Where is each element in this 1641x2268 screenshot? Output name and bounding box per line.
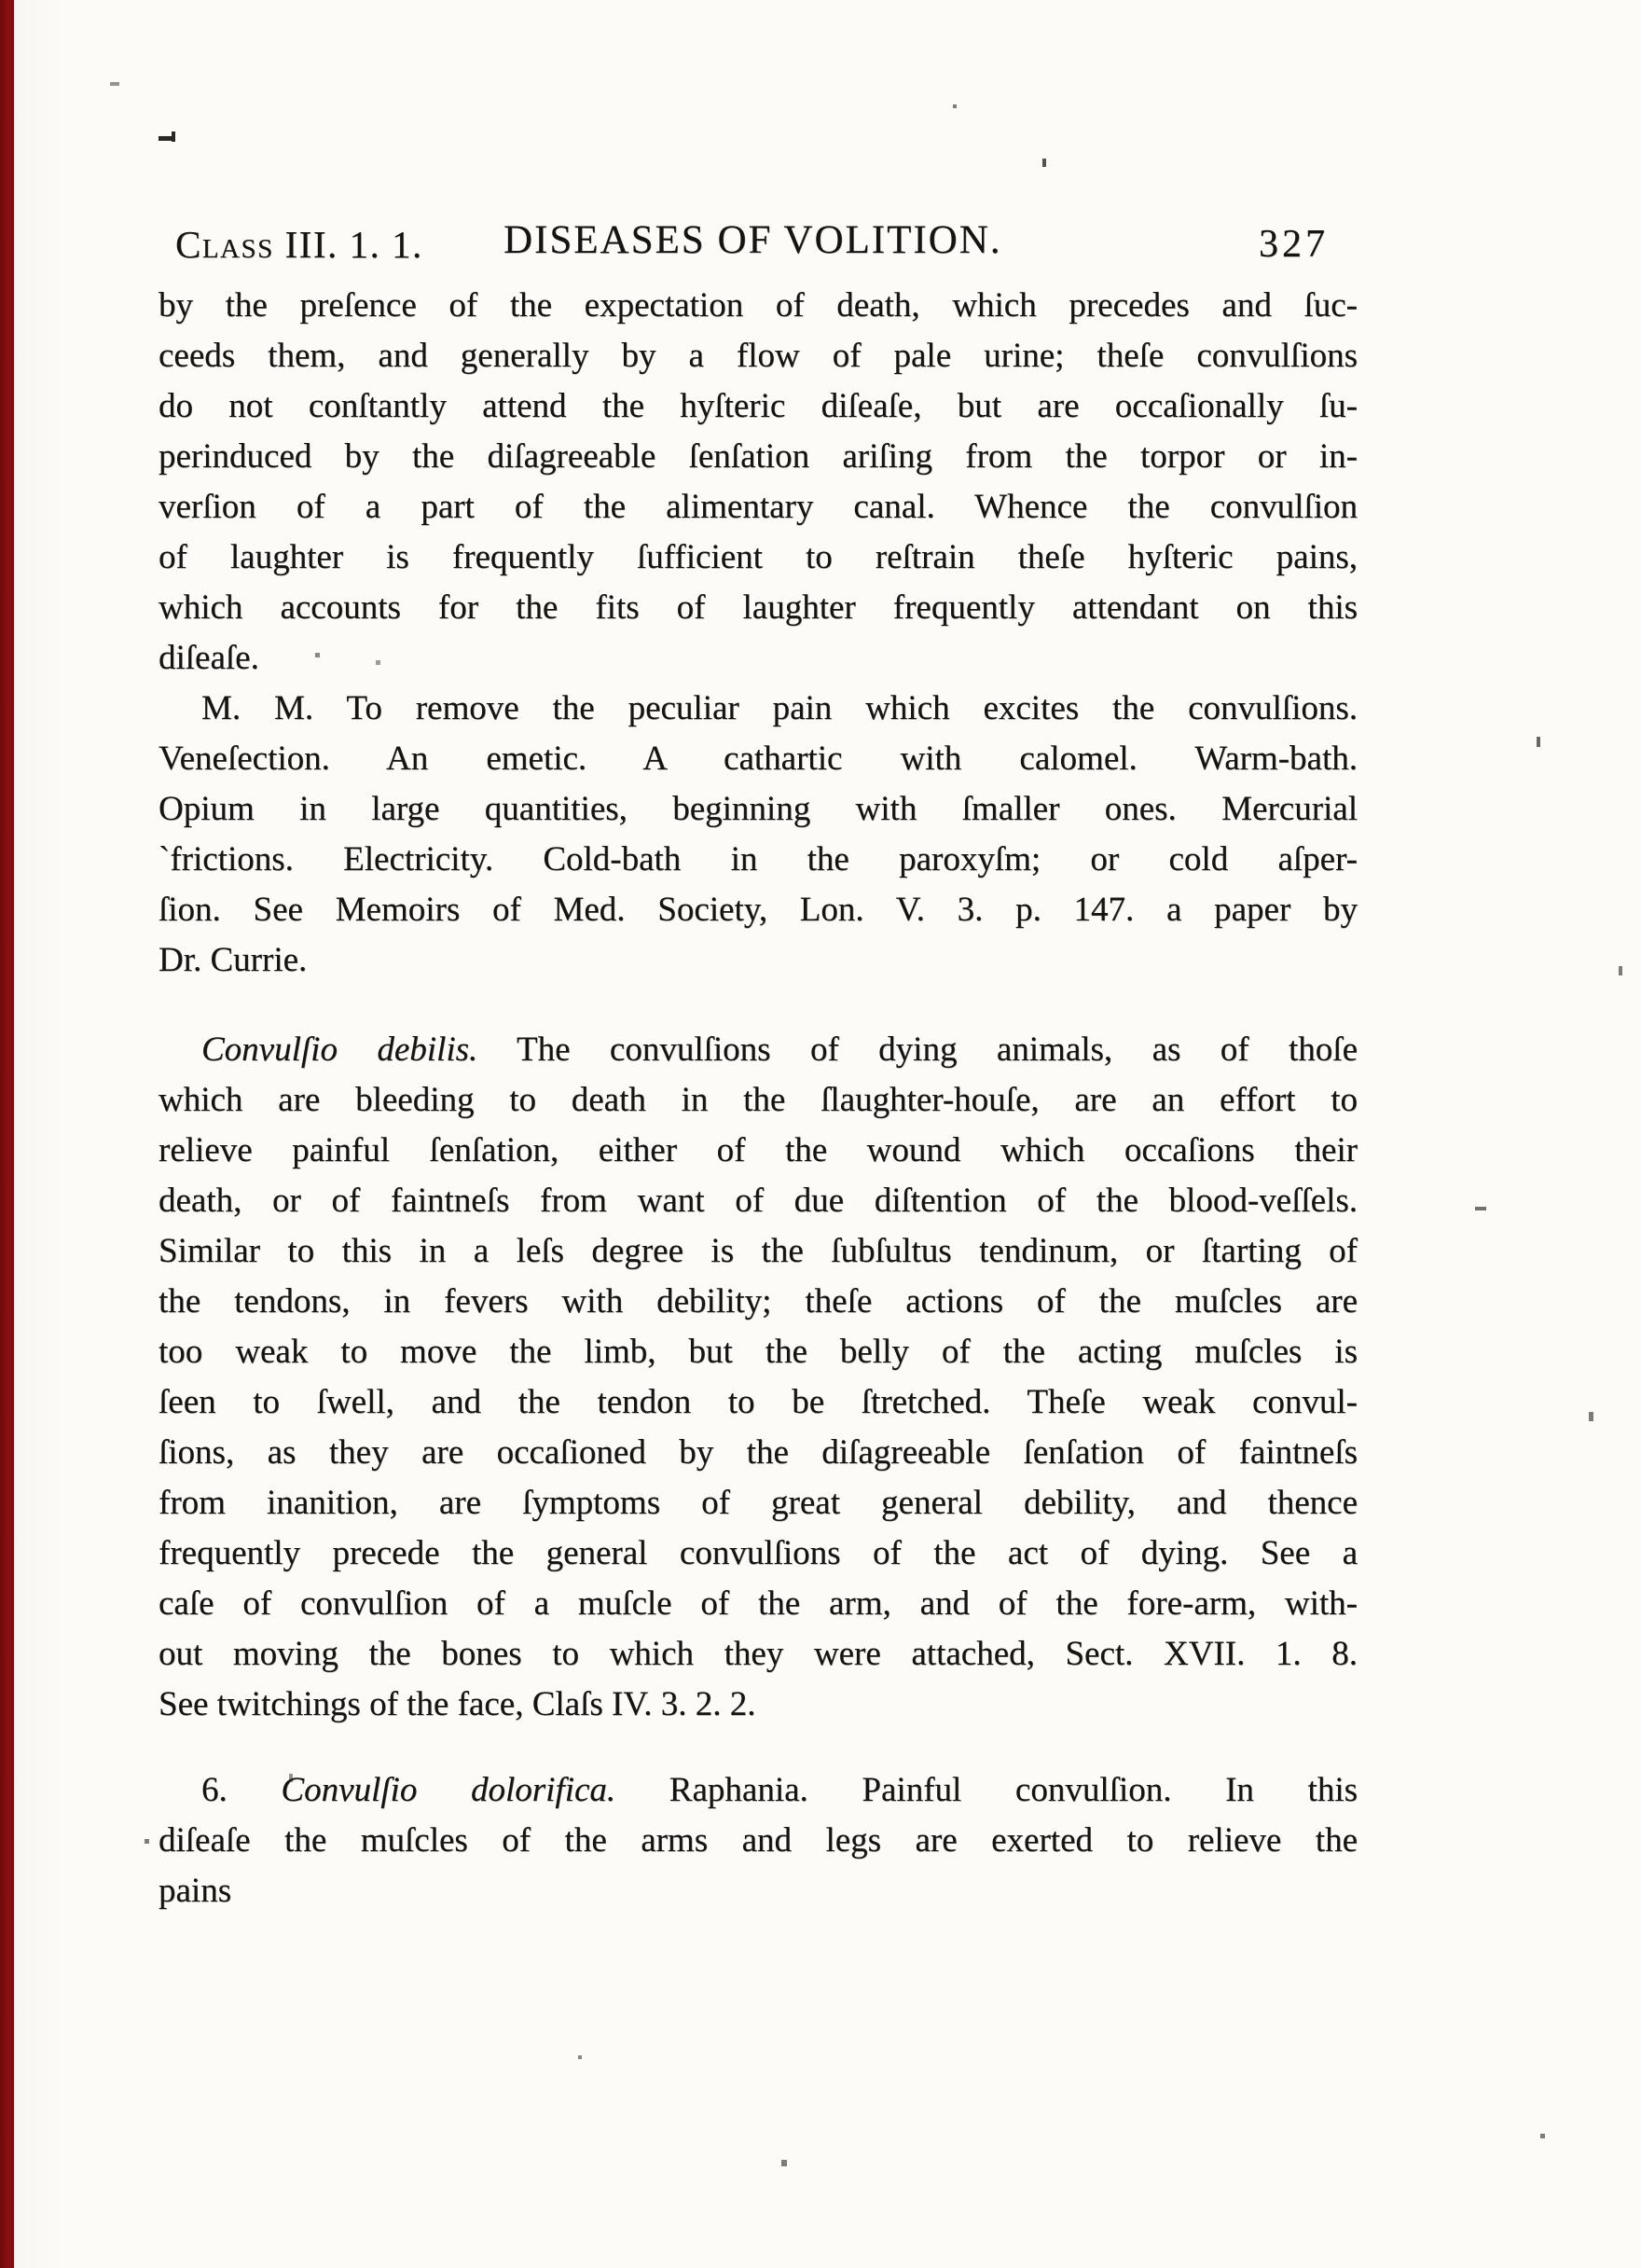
- text-line: Dr. Currie.: [159, 935, 1358, 986]
- species-name-italic: Convulſio dolorifica.: [281, 1771, 615, 1809]
- text-line: ſions, as they are occaſioned by the diſ…: [159, 1428, 1358, 1478]
- text-run: Raphania. Painful convulſion. In this: [615, 1771, 1358, 1809]
- scan-speck: [781, 2160, 787, 2166]
- book-page-scan: Class III. 1. 1. DISEASES OF VOLITION. 3…: [0, 0, 1641, 2268]
- left-red-edge-stripe: [0, 0, 14, 2268]
- text-line: ceeds them, and generally by a flow of p…: [159, 331, 1358, 381]
- species-name-italic: Convulſio debilis.: [201, 1030, 477, 1069]
- scan-speck: [1589, 1412, 1593, 1421]
- catchword: pains: [159, 1866, 1358, 1916]
- scan-speck: [1537, 737, 1540, 747]
- scan-speck: [315, 653, 320, 657]
- text-line: caſe of convulſion of a muſcle of the ar…: [159, 1579, 1358, 1629]
- text-run: The convulſions of dying animals, as of …: [477, 1030, 1358, 1069]
- page-title: DISEASES OF VOLITION.: [503, 217, 1002, 263]
- scan-speck: [289, 1774, 293, 1782]
- text-line: from inanition, are ſymptoms of great ge…: [159, 1478, 1358, 1528]
- text-line: Convulſio debilis. The convulſions of dy…: [159, 1025, 1358, 1075]
- text-line: frequently precede the general convulſio…: [159, 1528, 1358, 1579]
- text-line: ſeen to ſwell, and the tendon to be ſtre…: [159, 1377, 1358, 1428]
- text-line: diſeaſe.: [159, 633, 1358, 684]
- text-line: 6. Convulſio dolorifica. Raphania. Painf…: [159, 1765, 1358, 1816]
- text-line: which are bleeding to death in the ſlaug…: [159, 1075, 1358, 1126]
- text-line: Similar to this in a leſs degree is the …: [159, 1226, 1358, 1277]
- scan-speck: [1042, 159, 1046, 167]
- text-line: relieve painful ſenſation, either of the…: [159, 1126, 1358, 1176]
- item-number: 6.: [201, 1771, 281, 1809]
- text-line: the tendons, in fevers with debility; th…: [159, 1277, 1358, 1327]
- scan-speck: [1540, 2134, 1545, 2138]
- scan-speck: [1475, 1207, 1486, 1210]
- paragraph-2: M. M. To remove the peculiar pain which …: [159, 684, 1358, 986]
- scan-speck: [110, 82, 119, 86]
- paragraph-3: Convulſio debilis. The convulſions of dy…: [159, 1025, 1358, 1730]
- text-line: by the preſence of the expectation of de…: [159, 281, 1358, 331]
- text-line: of laughter is frequently ſufficient to …: [159, 532, 1358, 583]
- text-line: Opium in large quantities, beginning wit…: [159, 784, 1358, 835]
- text-line: `frictions. Electricity. Cold-bath in th…: [159, 835, 1358, 885]
- scan-speck: [578, 2055, 582, 2059]
- text-line: too weak to move the limb, but the belly…: [159, 1327, 1358, 1377]
- page-number: 327: [1259, 222, 1329, 267]
- text-block: by the preſence of the expectation of de…: [159, 281, 1358, 1916]
- scan-speck: [145, 1839, 149, 1844]
- scan-speck: [376, 660, 380, 665]
- scan-speck: [172, 131, 175, 142]
- text-line: death, or of faintneſs from want of due …: [159, 1176, 1358, 1226]
- text-line: which accounts for the fits of laughter …: [159, 583, 1358, 633]
- text-line: do not conſtantly attend the hyſteric di…: [159, 381, 1358, 432]
- text-line: diſeaſe the muſcles of the arms and legs…: [159, 1816, 1358, 1866]
- text-line: out moving the bones to which they were …: [159, 1629, 1358, 1680]
- text-line: verſion of a part of the alimentary cana…: [159, 482, 1358, 532]
- text-line: See twitchings of the face, Claſs IV. 3.…: [159, 1680, 1358, 1730]
- paragraph-1: by the preſence of the expectation of de…: [159, 281, 1358, 684]
- scan-speck: [1619, 966, 1622, 975]
- scan-speck: [953, 104, 957, 108]
- text-line: Veneſection. An emetic. A cathartic with…: [159, 734, 1358, 784]
- text-line: ſion. See Memoirs of Med. Society, Lon. …: [159, 885, 1358, 935]
- paragraph-4: 6. Convulſio dolorifica. Raphania. Painf…: [159, 1765, 1358, 1916]
- text-line: M. M. To remove the peculiar pain which …: [159, 684, 1358, 734]
- text-line: perinduced by the diſagreeable ſenſation…: [159, 432, 1358, 482]
- class-label: Class III. 1. 1.: [175, 222, 423, 267]
